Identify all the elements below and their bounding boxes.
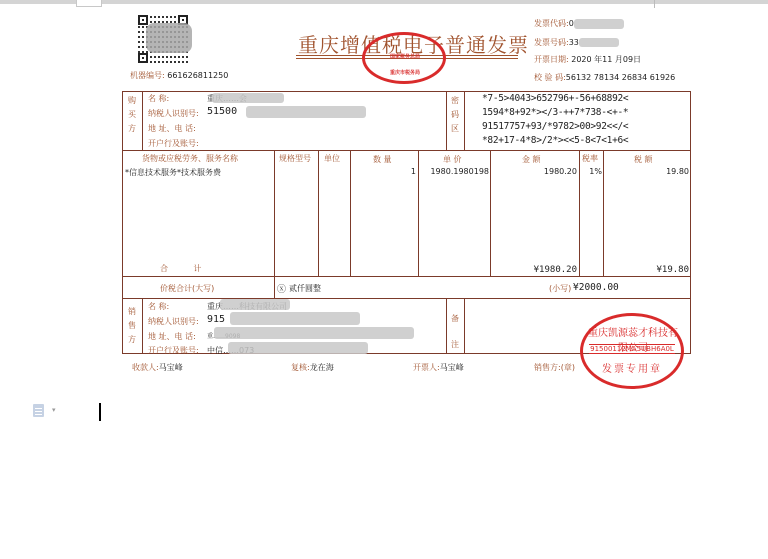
- col-header-spec: 规格型号: [279, 153, 311, 164]
- stamp-text: 国家税务总局: [373, 53, 437, 60]
- invoice-date: 开票日期: 2020 年11 月09日: [534, 54, 641, 65]
- seller-seal-label: 销售方:(章): [534, 362, 575, 373]
- seller-name-label: 名 称:: [148, 301, 169, 312]
- redaction-blur: [228, 342, 368, 354]
- reviewer: 复核:龙在海: [291, 362, 334, 373]
- item-name: *信息技术服务*技术服务费: [125, 167, 221, 178]
- reviewer-value: 龙在海: [310, 363, 334, 372]
- grand-total-small: ¥2000.00: [573, 282, 619, 293]
- ruler-tick: [654, 0, 655, 8]
- page-tab: [76, 0, 102, 7]
- item-rate: 1%: [579, 167, 602, 176]
- seller-address-label: 地 址、电 话:: [148, 331, 196, 342]
- col-header-rate: 税率: [582, 153, 598, 164]
- redaction-blur: [212, 93, 284, 103]
- divider: [142, 298, 143, 354]
- tax-bureau-stamp: 国家税务总局 重庆市税务局: [362, 32, 446, 84]
- close-circle-icon: ⓧ: [277, 282, 286, 295]
- invoice-number: 发票号码:33: [534, 37, 619, 48]
- total-tax: ¥19.80: [603, 265, 689, 275]
- item-price: 1980.1980198: [418, 167, 489, 176]
- cipher-line: *7-5>4043>652796+-56+68892<: [482, 93, 628, 104]
- seller-invoice-stamp: 重庆凯源蕊才科技有限公司 91500112MA5UBH6A0L 发票专用章: [580, 313, 684, 389]
- redaction-blur: [214, 327, 414, 339]
- check-code-value: 56132 78134 26834 61926: [566, 73, 675, 82]
- divider: [446, 298, 447, 354]
- buyer-side-label: 购买方: [127, 94, 137, 136]
- chevron-down-icon[interactable]: ▾: [52, 406, 56, 414]
- divider: [274, 150, 275, 298]
- redaction-blur: [579, 38, 619, 47]
- invoice-number-label: 发票号码:: [534, 38, 569, 47]
- redaction-blur: [220, 299, 290, 310]
- buyer-tax-id-value: 51500: [207, 106, 237, 117]
- invoice-number-value: 33: [569, 38, 579, 47]
- col-header-amount: 金 额: [522, 154, 541, 165]
- qr-code: [138, 15, 188, 63]
- invoice-date-value: 2020 年11 月09日: [571, 55, 641, 64]
- buyer-name-label: 名 称:: [148, 93, 169, 104]
- machine-number-label: 机器编号:: [130, 71, 165, 80]
- grand-total-label: 价税合计(大写): [160, 283, 214, 294]
- cipher-line: *82+17-4*8>/2*><<5-8<7<1+6<: [482, 135, 628, 146]
- invoice-code: 发票代码:0: [534, 18, 624, 29]
- item-tax: 19.80: [603, 167, 689, 176]
- machine-number-value: 661626811250: [167, 71, 228, 80]
- divider: [122, 276, 691, 277]
- invoice-code-label: 发票代码:: [534, 19, 569, 28]
- payee-label: 收款人:: [132, 363, 159, 372]
- seller-tax-id-label: 纳税人识别号:: [148, 316, 199, 327]
- total-label: 合 计: [160, 263, 201, 274]
- redaction-blur: [146, 23, 192, 53]
- divider: [446, 91, 447, 150]
- buyer-address-label: 地 址、电 话:: [148, 123, 196, 134]
- col-header-name: 货物或应税劳务、服务名称: [142, 153, 238, 164]
- item-amount: 1980.20: [490, 167, 577, 176]
- drawer-value: 马宝峰: [440, 363, 464, 372]
- seller-tax-id-value: 915: [207, 314, 225, 325]
- buyer-bank-label: 开户行及账号:: [148, 138, 199, 149]
- redaction-blur: [246, 106, 366, 118]
- stamp-use: 发票专用章: [589, 360, 675, 375]
- drawer: 开票人:马宝峰: [413, 362, 464, 373]
- grand-total-small-label: (小写): [549, 283, 571, 294]
- cipher-side-label: 密码区: [450, 94, 460, 136]
- document-icon[interactable]: [33, 404, 44, 417]
- payee: 收款人:马宝峰: [132, 362, 183, 373]
- remarks-label: 备注: [450, 306, 460, 358]
- col-header-price: 单 价: [443, 154, 462, 165]
- cipher-line: 1594*8+92*></3-++7*738-<+-*: [482, 107, 628, 118]
- cipher-line: 91517757+93/*9782>00>92<</<: [482, 121, 628, 132]
- divider: [122, 298, 691, 299]
- buyer-tax-id-label: 纳税人识别号:: [148, 108, 199, 119]
- col-header-tax: 税 额: [634, 154, 653, 165]
- divider: [122, 150, 691, 151]
- divider: [464, 91, 465, 150]
- check-code: 校 验 码:56132 78134 26834 61926: [534, 72, 675, 83]
- col-header-unit: 单位: [324, 153, 340, 164]
- stamp-tax-id: 91500112MA5UBH6A0L: [589, 344, 675, 354]
- drawer-label: 开票人:: [413, 363, 440, 372]
- redaction-blur: [230, 312, 360, 325]
- divider: [318, 150, 319, 276]
- seller-side-label: 销售方: [127, 305, 137, 347]
- col-header-qty: 数 量: [373, 154, 392, 165]
- seller-bank-label: 开户行及账号:: [148, 345, 199, 356]
- divider: [464, 298, 465, 354]
- check-code-label: 校 验 码:: [534, 73, 566, 82]
- machine-number: 机器编号: 661626811250: [130, 70, 228, 81]
- reviewer-label: 复核:: [291, 363, 310, 372]
- qr-finder-icon: [138, 15, 148, 25]
- text-cursor: [99, 403, 101, 421]
- item-qty: 1: [350, 167, 416, 176]
- qr-finder-icon: [138, 53, 148, 63]
- total-amount: ¥1980.20: [490, 265, 577, 275]
- divider: [142, 91, 143, 150]
- payee-value: 马宝峰: [159, 363, 183, 372]
- redaction-blur: [574, 19, 624, 29]
- viewer-top-bar: [0, 0, 768, 4]
- grand-total-words: 贰仟圆整: [289, 283, 321, 294]
- invoice-date-label: 开票日期:: [534, 55, 569, 64]
- stamp-text: 重庆市税务局: [373, 69, 437, 76]
